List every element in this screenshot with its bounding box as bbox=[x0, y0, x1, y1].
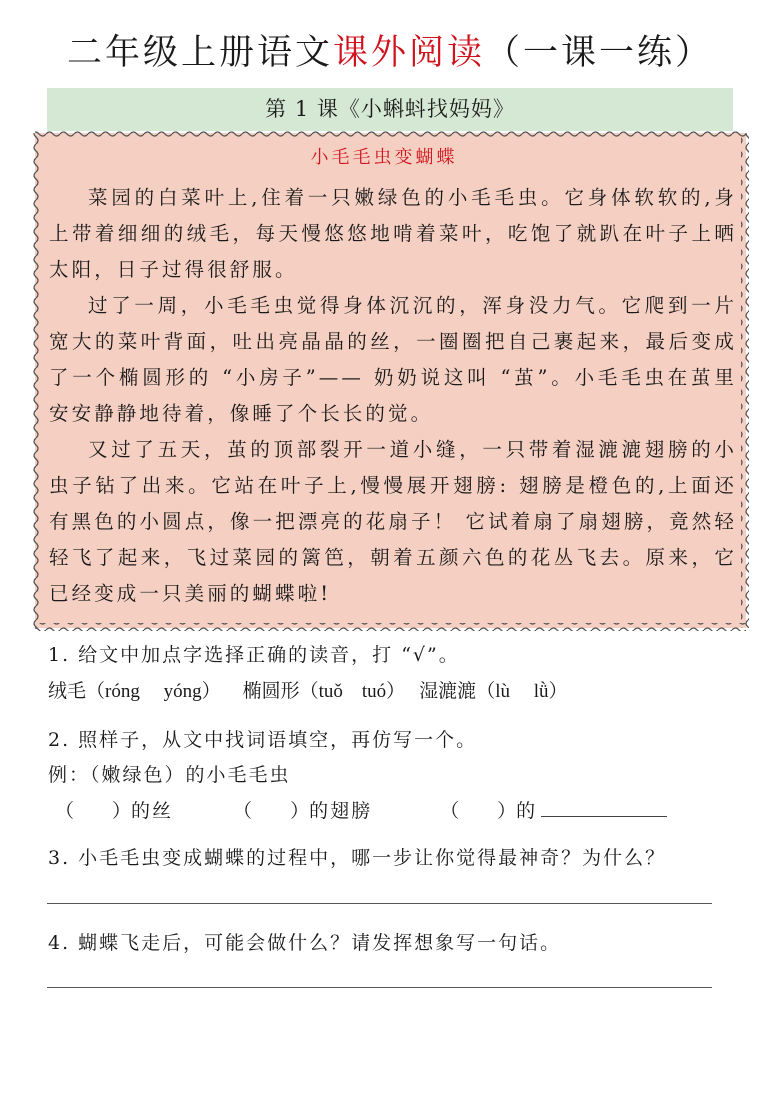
q1-pinyin-options-3[interactable]: （lù lǜ） bbox=[476, 677, 567, 707]
question-3-prompt: 3. 小毛毛虫变成蝴蝶的过程中，哪一步让你觉得最神奇？为什么？ bbox=[48, 843, 666, 873]
story-paragraph: 过了一周，小毛毛虫觉得身体沉沉的，浑身没力气。它爬到一片宽大的菜叶背面，吐出亮晶… bbox=[49, 288, 737, 432]
question-2-example: 例：（嫩绿色）的小毛毛虫 bbox=[48, 760, 291, 790]
q2-blank-1[interactable]: （） bbox=[55, 796, 131, 826]
q2-suffix-3: 的 bbox=[516, 796, 535, 826]
worksheet-title: 二年级上册语文课外阅读（一课一练） bbox=[0, 28, 780, 78]
q1-pinyin-options-2[interactable]: （tuǒ tuó） bbox=[300, 677, 406, 707]
story-paragraph: 又过了五天，茧的顶部裂开一道小缝，一只带着湿漉漉翅膀的小虫子钻了出来。它站在叶子… bbox=[49, 432, 737, 612]
lesson-banner: 第 1 课《小蝌蚪找妈妈》 bbox=[47, 88, 733, 131]
question-1-options: 绒毛（róng yóng）椭圆形（tuǒ tuó）湿漉漉（lù lǜ） bbox=[48, 676, 568, 707]
open-paren: （ bbox=[55, 796, 74, 826]
q1-word-2: 椭圆形 bbox=[243, 676, 300, 706]
q2-free-write-line[interactable] bbox=[541, 796, 667, 817]
story-body: 菜园的白菜叶上,住着一只嫩绿色的小毛毛虫。它身体软软的,身上带着细细的绒毛，每天… bbox=[49, 180, 737, 612]
q2-suffix-1: 的丝 bbox=[131, 796, 173, 826]
open-paren: （ bbox=[440, 796, 459, 826]
title-subtitle: （一课一练） bbox=[485, 33, 713, 73]
q1-word-1: 绒毛 bbox=[48, 676, 86, 706]
close-paren: ） bbox=[112, 796, 131, 826]
story-box: 小毛毛虫变蝴蝶 菜园的白菜叶上,住着一只嫩绿色的小毛毛虫。它身体软软的,身上带着… bbox=[32, 130, 749, 631]
q1-word-3: 湿漉漉 bbox=[419, 676, 476, 706]
question-4-answer-line[interactable] bbox=[47, 987, 712, 988]
close-paren: ） bbox=[497, 796, 516, 826]
question-3-answer-line[interactable] bbox=[47, 903, 712, 904]
q2-blank-3[interactable]: （） bbox=[440, 796, 516, 826]
close-paren: ） bbox=[290, 796, 309, 826]
story-paragraph: 菜园的白菜叶上,住着一只嫩绿色的小毛毛虫。它身体软软的,身上带着细细的绒毛，每天… bbox=[49, 180, 737, 288]
question-4-prompt: 4. 蝴蝶飞走后，可能会做什么？请发挥想象写一句话。 bbox=[48, 928, 561, 958]
question-2-blanks: （）的丝（）的翅膀（）的 bbox=[55, 796, 667, 826]
title-grade: 二年级上册语文 bbox=[67, 33, 333, 73]
q2-blank-2[interactable]: （） bbox=[233, 796, 309, 826]
question-2-prompt: 2. 照样子，从文中找词语填空，再仿写一个。 bbox=[48, 725, 477, 755]
q1-pinyin-options-1[interactable]: （róng yóng） bbox=[86, 677, 221, 707]
question-1-prompt: 1. 给文中加点字选择正确的读音，打 “√”。 bbox=[48, 640, 460, 670]
open-paren: （ bbox=[233, 796, 252, 826]
q2-suffix-2: 的翅膀 bbox=[309, 796, 372, 826]
story-title: 小毛毛虫变蝴蝶 bbox=[0, 144, 768, 172]
title-extracurricular-reading: 课外阅读 bbox=[333, 33, 485, 73]
